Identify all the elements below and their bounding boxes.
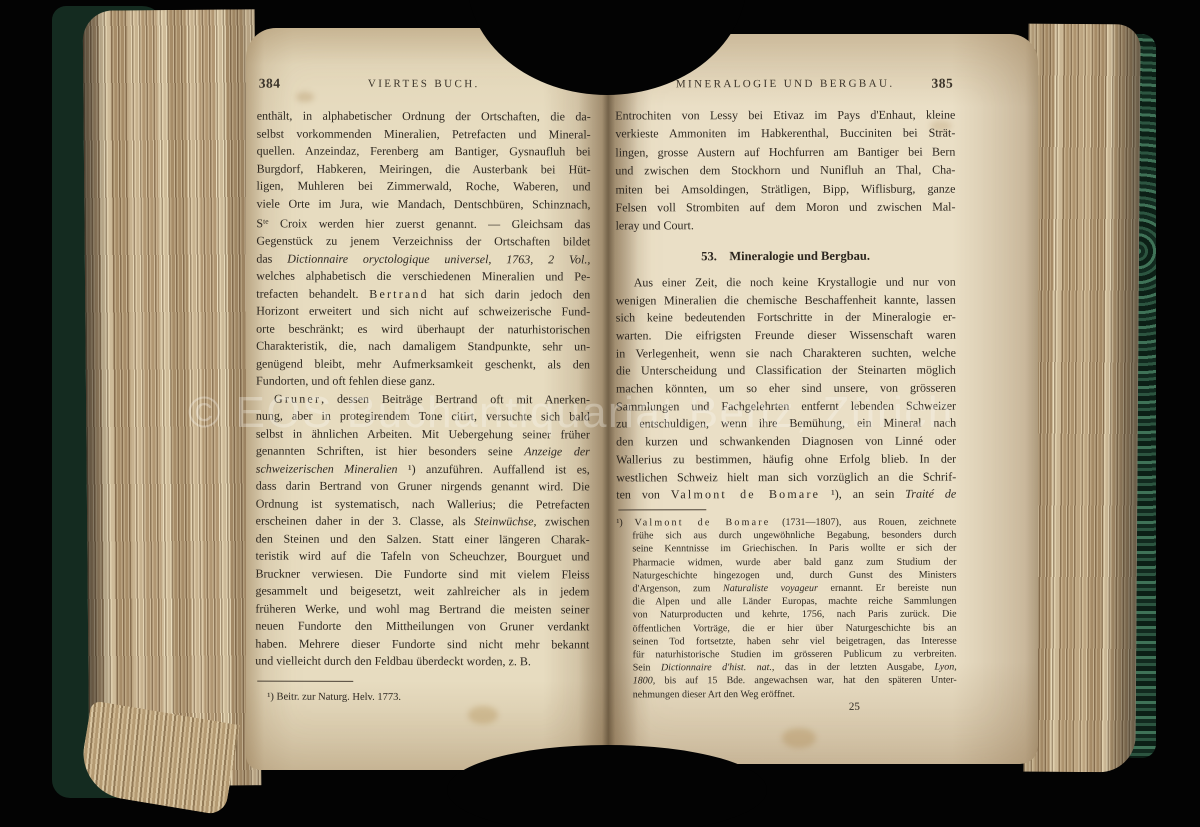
- right-running-head: MINERALOGIE UND BERGBAU. 385: [615, 78, 955, 97]
- text-segment: haben. Mehrere dieser Fundorte sind nich…: [255, 636, 589, 651]
- text-segment: viele Orte im Jura, wie Mandach, Dentsch…: [256, 196, 590, 211]
- text-line: ¹) Valmont de Bomare (1731—1807), aus Ro…: [616, 516, 956, 530]
- text-segment: neuen Fundorte den Mittheilungen von Gru…: [255, 619, 589, 634]
- text-line: selbst vorkommenden Mineralien, Petrefac…: [257, 125, 591, 143]
- text-segment: Charakteristik, die, nach damaligem Stan…: [256, 339, 590, 354]
- text-segment: Croix werden hier zuerst genannt. — Glei…: [268, 216, 590, 231]
- left-running-head: 384 VIERTES BUCH.: [257, 78, 591, 97]
- text-segment: Wallerius zu bestimmen, häufig ohne Erfo…: [616, 451, 956, 466]
- text-line: Aus einer Zeit, die noch keine Krystallo…: [616, 273, 956, 292]
- text-line: seine Kenntnisse im Griechischen. In Par…: [632, 542, 956, 556]
- text-line: lingen, grosse Austern auf Hochfurren am…: [615, 142, 955, 161]
- text-line: quellen. Anzeindaz, Ferenberg am Bantige…: [257, 143, 591, 161]
- text-line: die Alpen und alle Länder Europas, macht…: [633, 595, 957, 609]
- text-line: genügend bleibt, mehr Aufmerksamkeit ges…: [256, 355, 590, 373]
- page-curve-bottom: [447, 745, 767, 827]
- text-segment: den Steinen und den Salzen. Statt einer …: [256, 531, 590, 546]
- text-segment: Burgdorf, Habkeren, Meiringen, die Auste…: [257, 161, 591, 176]
- text-segment: (1731—1807), aus Rouen, zeichnete: [770, 517, 956, 528]
- text-segment: Gegenstück zu jenem Verzeichniss der Ort…: [256, 234, 590, 249]
- foxing-stain: [782, 728, 816, 748]
- text-segment: Fundorten, und oft fehlen diese ganz.: [256, 374, 435, 388]
- signature-mark: 25: [617, 700, 957, 713]
- page-number-384: 384: [259, 76, 281, 92]
- text-segment: früheren Werke, und wohl mag Bertrand di…: [255, 601, 589, 616]
- text-segment: von Naturproducten und kehrte, 1756, nac…: [633, 609, 957, 621]
- text-line: Horizont erweitert und sich nicht auf sc…: [256, 303, 590, 321]
- text-line: von Naturproducten und kehrte, 1756, nac…: [633, 608, 957, 622]
- text-segment: für naturhistorische Studien im grössere…: [633, 649, 957, 661]
- text-line: Wallerius zu bestimmen, häufig ohne Erfo…: [616, 450, 956, 469]
- text-segment: das: [256, 251, 287, 265]
- text-segment: in Verlegenheit, wenn sie nach Charakter…: [616, 345, 956, 360]
- text-line: warten. Die eifrigsten Freunde dieser Wi…: [616, 327, 956, 346]
- footnote-rule: [257, 680, 353, 681]
- text-segment: Valmont de Bomare: [634, 517, 770, 528]
- right-footnote: ¹) Valmont de Bomare (1731—1807), aus Ro…: [616, 516, 956, 702]
- page-number-385: 385: [931, 76, 953, 92]
- text-line: Entrochiten von Lessy bei Etivaz im Pays…: [615, 106, 955, 125]
- text-segment: seine Kenntnisse im Griechischen. In Par…: [632, 543, 956, 555]
- text-segment: leray und Court.: [616, 219, 694, 233]
- text-line: ligen, Muhleren bei Zimmerwald, Roche, W…: [257, 178, 591, 196]
- text-segment: die Unterscheidung und Classification de…: [616, 363, 956, 378]
- text-segment: westlichen Schweiz hielt man sich vorzüg…: [616, 469, 956, 484]
- text-line: enthält, in alphabetischer Ordnung der O…: [257, 108, 591, 126]
- text-line: d'Argenson, zum Naturaliste voyageur ern…: [632, 582, 956, 596]
- text-line: dass darin Bertrand von Gruner nirgends …: [256, 478, 590, 496]
- text-line: Ste Croix werden hier zuerst genannt. — …: [256, 213, 590, 234]
- text-segment: zwischen: [537, 515, 590, 529]
- text-segment: warten. Die eifrigsten Freunde dieser Wi…: [616, 328, 956, 343]
- text-line: Charakteristik, die, nach damaligem Stan…: [256, 338, 590, 356]
- text-segment: das in der letzten Ausgabe,: [774, 662, 934, 673]
- footnote-rule: [618, 509, 706, 510]
- foxing-stain: [468, 706, 498, 724]
- text-segment: genannten Schriften, ist hier besonders …: [256, 444, 524, 459]
- text-segment: Pharmacie widmen, wurde aber bald ganz z…: [632, 556, 956, 568]
- text-segment: Sein: [633, 663, 661, 674]
- text-line: teristik wird auf die Tafeln von Scheuch…: [256, 548, 590, 566]
- text-segment: Steinwüchse,: [474, 514, 536, 528]
- text-line: 1800, bis auf 15 Bde. angewachsen war, h…: [633, 674, 957, 688]
- text-segment: lingen, grosse Austern auf Hochfurren am…: [615, 144, 955, 159]
- text-line: Burgdorf, Habkeren, Meiringen, die Auste…: [257, 160, 591, 178]
- running-header-title: VIERTES BUCH.: [257, 78, 591, 91]
- text-line: viele Orte im Jura, wie Mandach, Dentsch…: [256, 195, 590, 213]
- text-line: in Verlegenheit, wenn sie nach Charakter…: [616, 344, 956, 363]
- text-segment: erscheinen daher in der 3. Classe, als: [256, 514, 475, 529]
- text-segment: Dictionnaire oryctologique universel, 17…: [287, 251, 590, 266]
- text-segment: schweizerischen Mineralien: [256, 461, 398, 475]
- text-line: früheren Werke, und wohl mag Bertrand di…: [255, 600, 589, 618]
- text-segment: gesammelt und beigesetzt, weit zahlreich…: [255, 584, 589, 599]
- text-line: trefacten behandelt. Bertrand hat sich d…: [256, 285, 590, 303]
- text-line: verkieste Ammoniten im Habkerenthal, Buc…: [615, 124, 955, 143]
- text-segment: Naturgeschichte hingezogen und, durch Gu…: [632, 569, 956, 581]
- text-line: ¹) Beitr. zur Naturg. Helv. 1773.: [267, 690, 589, 704]
- text-line: genannten Schriften, ist hier besonders …: [256, 443, 590, 461]
- text-segment: trefacten behandelt.: [256, 286, 369, 300]
- text-line: die Unterscheidung und Classification de…: [616, 362, 956, 381]
- text-line: wenigen Mineralien die chemische Beschaf…: [616, 291, 956, 310]
- right-body-top: Entrochiten von Lessy bei Etivaz im Pays…: [615, 106, 955, 236]
- text-segment: Ordnung ist systematisch, nach Wallerius…: [256, 496, 590, 511]
- text-line: nehmungen dieser Art den Weg eröffnet.: [633, 687, 957, 701]
- text-segment: ¹): [616, 517, 634, 528]
- copyright-watermark: © EOS Buchantiquariat Benz, Zürich: [188, 388, 954, 438]
- text-line: Gegenstück zu jenem Verzeichniss der Ort…: [256, 233, 590, 251]
- text-segment: wenigen Mineralien die chemische Beschaf…: [616, 292, 956, 307]
- text-segment: öffentlichen Vorträge, die er hier über …: [633, 622, 957, 634]
- text-segment: ¹) Beitr. zur Naturg. Helv. 1773.: [267, 691, 401, 702]
- text-line: öffentlichen Vorträge, die er hier über …: [633, 621, 957, 635]
- text-segment: orte beschränkt; es wird überhaupt der n…: [256, 321, 590, 336]
- text-line: frühe sich aus durch ungewöhnliche Begab…: [632, 529, 956, 543]
- text-segment: sich keine bedeutenden Fortschritte in d…: [616, 310, 956, 325]
- text-line: für naturhistorische Studien im grössere…: [633, 648, 957, 662]
- text-segment: Traité de: [905, 487, 956, 501]
- text-line: Felsen voll Strombiten auf dem Moron und…: [615, 198, 955, 217]
- text-segment: Horizont erweitert und sich nicht auf sc…: [256, 304, 590, 319]
- text-line: ten von Valmont de Bomare ¹), an sein Tr…: [616, 486, 956, 505]
- text-line: und vielleicht durch den Feldbau überdec…: [255, 653, 589, 671]
- section-heading: 53. Mineralogie und Bergbau.: [616, 248, 956, 264]
- text-segment: verkieste Ammoniten im Habkerenthal, Buc…: [615, 126, 955, 141]
- text-segment: 1800,: [633, 676, 656, 687]
- text-segment: hat sich darin jedoch den: [429, 287, 590, 301]
- text-line: Bruckner verwiesen. Die Fundorte sind mi…: [255, 565, 589, 583]
- text-line: haben. Mehrere dieser Fundorte sind nich…: [255, 635, 589, 653]
- text-segment: ten von: [616, 488, 671, 502]
- text-segment: miten bei Amsoldingen, Strätligen, Bipp,…: [615, 181, 955, 196]
- running-header-title: MINERALOGIE UND BERGBAU.: [615, 78, 955, 91]
- text-segment: Aus einer Zeit, die noch keine Krystallo…: [634, 274, 956, 289]
- text-line: westlichen Schweiz hielt man sich vorzüg…: [616, 468, 956, 487]
- text-line: das Dictionnaire oryctologique universel…: [256, 250, 590, 268]
- text-line: schweizerischen Mineralien ¹) anzuführen…: [256, 460, 590, 478]
- text-segment: d'Argenson, zum: [632, 583, 723, 594]
- text-line: neuen Fundorte den Mittheilungen von Gru…: [255, 618, 589, 636]
- text-line: und zwischen dem Stockhorn und Nunifluh …: [615, 161, 955, 180]
- text-segment: ligen, Muhleren bei Zimmerwald, Roche, W…: [257, 179, 591, 194]
- text-segment: Felsen voll Strombiten auf dem Moron und…: [615, 200, 955, 215]
- text-segment: und vielleicht durch den Feldbau überdec…: [255, 654, 531, 669]
- text-line: Naturgeschichte hingezogen und, durch Gu…: [632, 568, 956, 582]
- text-segment: Lyon,: [934, 662, 956, 673]
- text-line: seinen Tod fortsetzte, haben sehr viel b…: [633, 634, 957, 648]
- page-edges-right: [1023, 24, 1140, 773]
- text-segment: quellen. Anzeindaz, Ferenberg am Bantige…: [257, 144, 591, 159]
- text-line: orte beschränkt; es wird überhaupt der n…: [256, 320, 590, 338]
- text-segment: Anzeige der: [524, 444, 590, 458]
- text-segment: Naturaliste voyageur: [723, 583, 818, 594]
- text-line: erscheinen daher in der 3. Classe, als S…: [256, 513, 590, 531]
- text-segment: ¹), an sein: [820, 487, 905, 501]
- text-segment: teristik wird auf die Tafeln von Scheuch…: [256, 549, 590, 564]
- text-line: leray und Court.: [616, 216, 956, 235]
- text-segment: nehmungen dieser Art den Weg eröffnet.: [633, 689, 795, 700]
- text-segment: enthält, in alphabetischer Ordnung der O…: [257, 109, 591, 124]
- text-segment: welches alphabetisch die verschiedenen M…: [256, 269, 590, 284]
- book-photograph: 384 VIERTES BUCH. enthält, in alphabetis…: [0, 0, 1200, 827]
- text-segment: Entrochiten von Lessy bei Etivaz im Pays…: [615, 108, 955, 123]
- text-line: welches alphabetisch die verschiedenen M…: [256, 268, 590, 286]
- text-segment: seinen Tod fortsetzte, haben sehr viel b…: [633, 635, 957, 647]
- text-line: Ordnung ist systematisch, nach Wallerius…: [256, 495, 590, 513]
- text-line: den Steinen und den Salzen. Statt einer …: [256, 530, 590, 548]
- text-line: sich keine bedeutenden Fortschritte in d…: [616, 309, 956, 328]
- text-segment: die Alpen und alle Länder Europas, macht…: [633, 596, 957, 608]
- text-segment: frühe sich aus durch ungewöhnliche Begab…: [632, 530, 956, 542]
- text-segment: Bruckner verwiesen. Die Fundorte sind mi…: [256, 566, 590, 581]
- text-line: gesammelt und beigesetzt, weit zahlreich…: [255, 583, 589, 601]
- text-segment: bis auf 15 Bde. angewachsen war, hat den…: [655, 675, 957, 687]
- text-line: Sein Dictionnaire d'hist. nat., das in d…: [633, 661, 957, 675]
- text-segment: und zwischen dem Stockhorn und Nunifluh …: [615, 163, 955, 178]
- text-line: miten bei Amsoldingen, Strätligen, Bipp,…: [615, 179, 955, 198]
- left-footnote: ¹) Beitr. zur Naturg. Helv. 1773.: [255, 690, 589, 704]
- text-segment: ¹) anzuführen. Auffallend ist es,: [398, 462, 590, 477]
- text-segment: selbst vorkommenden Mineralien, Petrefac…: [257, 126, 591, 141]
- text-segment: Valmont de Bomare: [671, 487, 820, 501]
- text-segment: Dictionnaire d'hist. nat.,: [661, 662, 775, 673]
- text-segment: ernannt. Er bereiste nun: [818, 583, 957, 594]
- text-line: Pharmacie widmen, wurde aber bald ganz z…: [632, 555, 956, 569]
- text-segment: Bertrand: [369, 287, 429, 301]
- text-segment: genügend bleibt, mehr Aufmerksamkeit ges…: [256, 356, 590, 371]
- text-segment: dass darin Bertrand von Gruner nirgends …: [256, 479, 590, 494]
